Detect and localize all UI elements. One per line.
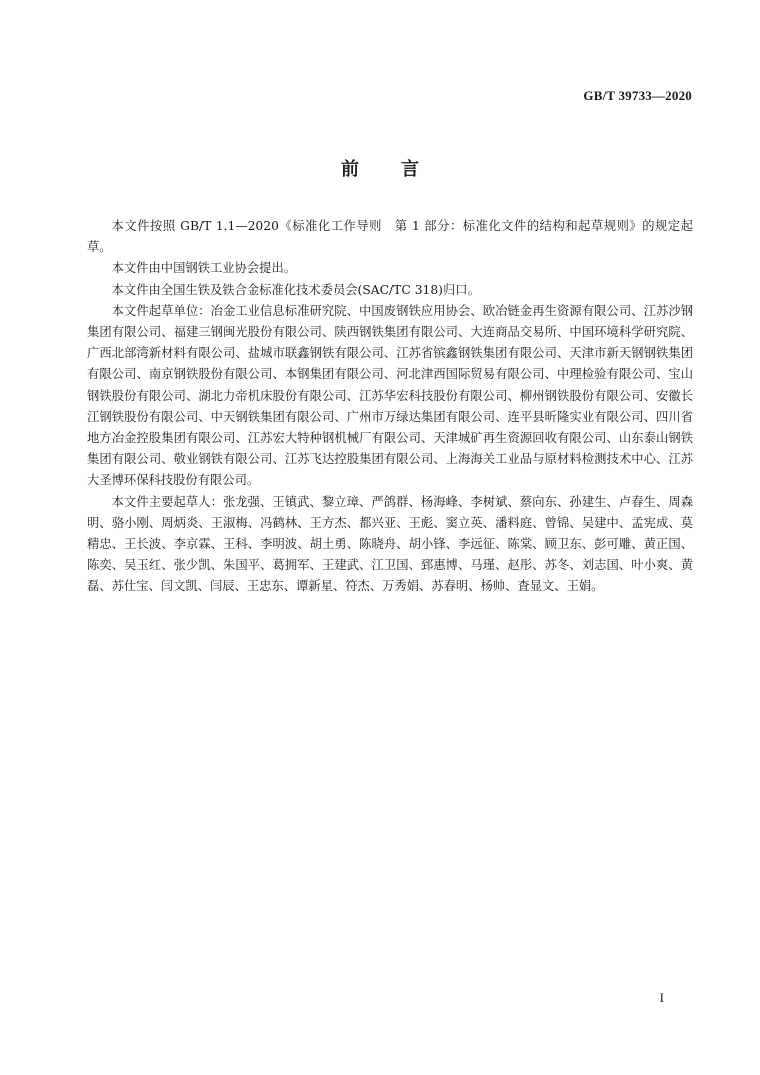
page-number: I: [660, 990, 664, 1006]
paragraph-administered-by: 本文件由全国生铁及铁合金标准化技术委员会(SAC/TC 318)归口。: [87, 280, 693, 301]
standard-code-header: GB/T 39733—2020: [583, 88, 692, 104]
foreword-body: 本文件按照 GB/T 1.1—2020《标准化工作导则 第 1 部分：标准化文件…: [87, 216, 693, 598]
page-title: 前言: [0, 155, 760, 181]
paragraph-proposed-by: 本文件由中国钢铁工业协会提出。: [87, 258, 693, 279]
title-char-2: 言: [401, 155, 419, 181]
paragraph-drafting-rules: 本文件按照 GB/T 1.1—2020《标准化工作导则 第 1 部分：标准化文件…: [87, 216, 693, 258]
paragraph-drafting-organizations: 本文件起草单位：冶金工业信息标准研究院、中国废钢铁应用协会、欧冶链金再生资源有限…: [87, 301, 693, 492]
paragraph-main-drafters: 本文件主要起草人：张龙强、王镇武、黎立璋、严鸽群、杨海峰、李树斌、蔡向东、孙建生…: [87, 492, 693, 598]
title-char-1: 前: [341, 155, 359, 181]
